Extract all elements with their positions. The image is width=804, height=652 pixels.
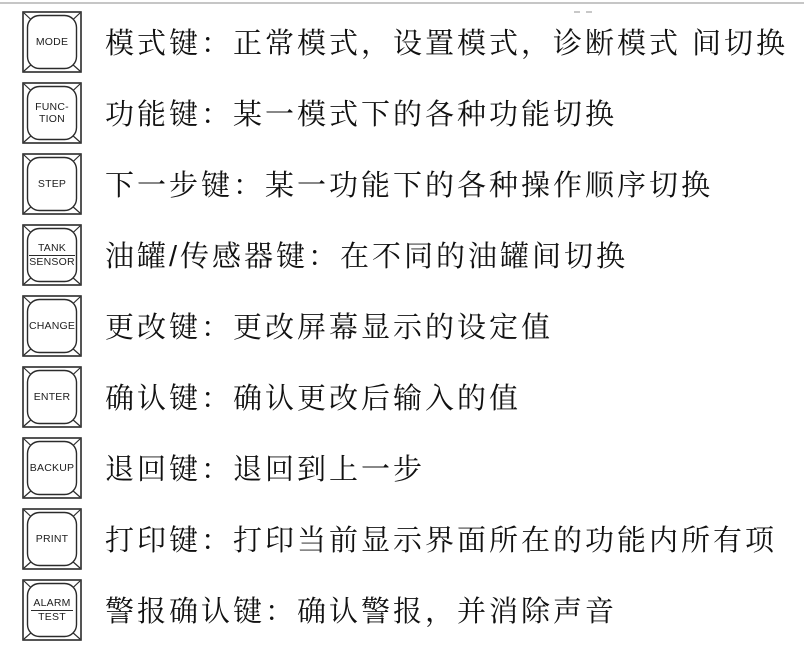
- key-description: 警报确认键：确认警报，并消除声音: [105, 589, 617, 630]
- key-description: 模式键：正常模式，设置模式，诊断模式 间切换: [105, 21, 788, 62]
- keycap-frame-icon: [22, 579, 82, 641]
- keycap-frame-icon: [22, 11, 82, 73]
- key-description: 下一步键：某一功能下的各种操作顺序切换: [105, 163, 713, 204]
- mode-key-icon: MODE: [22, 11, 82, 73]
- key-legend-list: MODE 模式键：正常模式，设置模式，诊断模式 间切换 FUNC-: [22, 6, 804, 652]
- key-description: 退回键：退回到上一步: [105, 447, 425, 488]
- key-row-tank-sensor: TANK SENSOR 油罐/传感器键：在不同的油罐间切换: [22, 219, 804, 290]
- keycap-frame-icon: [22, 437, 82, 499]
- keycap-frame-icon: [22, 224, 82, 286]
- key-row-enter: ENTER 确认键：确认更改后输入的值: [22, 361, 804, 432]
- key-description: 功能键：某一模式下的各种功能切换: [105, 92, 617, 133]
- key-row-mode: MODE 模式键：正常模式，设置模式，诊断模式 间切换: [22, 6, 804, 77]
- key-row-step: STEP 下一步键：某一功能下的各种操作顺序切换: [22, 148, 804, 219]
- step-key-icon: STEP: [22, 153, 82, 215]
- key-row-function: FUNC- TION 功能键：某一模式下的各种功能切换: [22, 77, 804, 148]
- key-description: 确认键：确认更改后输入的值: [105, 376, 521, 417]
- top-divider-line: [0, 2, 804, 4]
- key-row-alarm-test: ALARM TEST 警报确认键：确认警报，并消除声音: [22, 574, 804, 645]
- key-row-print: PRINT 打印键：打印当前显示界面所在的功能内所有项: [22, 503, 804, 574]
- key-row-backup: BACKUP 退回键：退回到上一步: [22, 432, 804, 503]
- print-key-icon: PRINT: [22, 508, 82, 570]
- keycap-frame-icon: [22, 153, 82, 215]
- key-description: 打印键：打印当前显示界面所在的功能内所有项: [105, 518, 777, 559]
- enter-key-icon: ENTER: [22, 366, 82, 428]
- function-key-icon: FUNC- TION: [22, 82, 82, 144]
- scan-artifact: [574, 0, 608, 2]
- key-row-change: CHANGE 更改键：更改屏幕显示的设定值: [22, 290, 804, 361]
- keycap-frame-icon: [22, 82, 82, 144]
- alarm-test-key-icon: ALARM TEST: [22, 579, 82, 641]
- change-key-icon: CHANGE: [22, 295, 82, 357]
- keycap-frame-icon: [22, 508, 82, 570]
- keycap-frame-icon: [22, 366, 82, 428]
- backup-key-icon: BACKUP: [22, 437, 82, 499]
- key-description: 更改键：更改屏幕显示的设定值: [105, 305, 553, 346]
- manual-page: MODE 模式键：正常模式，设置模式，诊断模式 间切换 FUNC-: [0, 0, 804, 652]
- keycap-frame-icon: [22, 295, 82, 357]
- key-description: 油罐/传感器键：在不同的油罐间切换: [105, 234, 628, 275]
- tank-sensor-key-icon: TANK SENSOR: [22, 224, 82, 286]
